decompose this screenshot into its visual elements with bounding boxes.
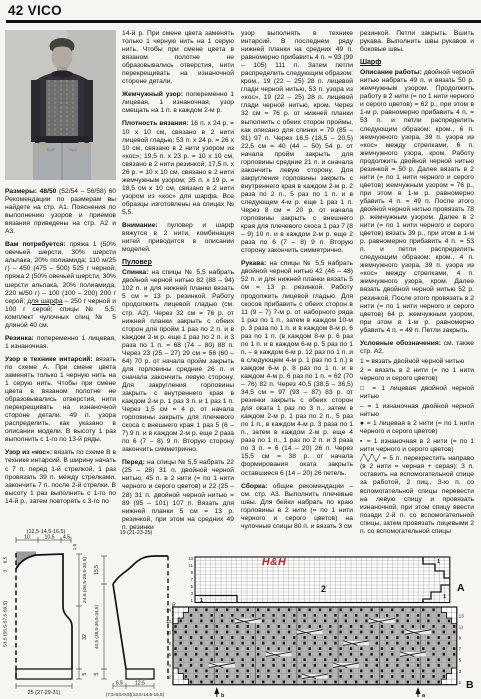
svg-text:7: 7 <box>459 647 462 652</box>
column-2: 14-й р. При смене цвета заменять только … <box>122 30 234 533</box>
model-photo-art <box>5 30 116 180</box>
paragraph-lead: Плотность вязания: <box>122 120 189 127</box>
chart-b-arrow-left-label: b <box>221 693 225 699</box>
paragraph-lead: Условные обозначения: <box>360 340 441 347</box>
svg-text:7: 7 <box>191 577 194 582</box>
svg-text:2: 2 <box>169 674 172 679</box>
chart-b: 1412108642131197531 b a В <box>161 604 481 699</box>
paragraph-text: резинкой. Петли закрыть. Вшить рукава. В… <box>360 30 474 53</box>
chart-a-zone2-label: 2 <box>321 584 326 594</box>
paragraph-text: (52/54 – 56/58) 60 Рекомендации по разме… <box>5 188 116 235</box>
svg-text:14: 14 <box>166 608 171 613</box>
body-shoulder-width-label: 10,5 <box>44 535 54 541</box>
paragraph: Вам потребуется: пряжа 1 (50% овечьей ше… <box>5 241 116 330</box>
sleeve-cuff-half-label: 6,5 <box>116 681 123 687</box>
paragraph: Перед: на спицы № 5,5 набрать 22 (25 – 2… <box>122 459 234 531</box>
chart-a-zone1-bl-label: 1 <box>200 598 203 604</box>
paragraph-lead: Описание работы: <box>360 69 422 76</box>
body-neck-depth-label: 6,5 <box>3 556 9 563</box>
body-top-right-label: 1,5 <box>72 543 78 550</box>
chart-b-grid: 1412108642131197531 <box>166 607 464 685</box>
svg-text:5: 5 <box>459 658 462 663</box>
sleeve-bottom-sizes-label: (7,5-8,5-9,5)(13,5-14,5-15,5) <box>106 692 165 697</box>
chart-a-title-label: А <box>457 582 465 594</box>
paragraph-lead: Узор в технике интарсий: <box>5 356 93 363</box>
legend-item: 1 = вязать двойной черной нитью <box>360 358 474 366</box>
chart-a: 131197531 1 1 1 2 А <box>183 555 473 607</box>
paragraph-lead: Резинка: <box>5 335 34 342</box>
model-photo <box>5 30 116 180</box>
svg-text:3: 3 <box>459 669 462 674</box>
sleeve-cap-height-label: 15,5 <box>94 565 100 575</box>
sleeve-slope-height-label: 40,5 (38,5-36,5-34,5) <box>94 605 99 649</box>
chart-b-arrow-right-label: a <box>422 693 426 699</box>
paragraph-text: на спицы № 5,5 набрать 22 (25 – 28) 31 п… <box>122 459 234 530</box>
paragraph-lead: Рукава: <box>241 260 266 267</box>
paragraph-lead: Жемчужный узор: <box>122 91 183 98</box>
paragraph: Сборка: общие рекомендации – см. стр. А3… <box>241 483 353 531</box>
paragraph: Описание работы: двойной черной нитью на… <box>360 69 474 335</box>
paragraph: Жемчужный узор: попеременно 1 лицевая, 1… <box>122 91 234 115</box>
paragraph-text: двойной черной нитью набрать 49 п. и вяз… <box>360 69 474 334</box>
paragraph-lead: Сборка: <box>241 483 267 490</box>
column-4: резинкой. Петли закрыть. Вшить рукава. В… <box>360 30 474 554</box>
page-title: 42 VICO <box>8 3 62 18</box>
paragraph-lead: Внимание: <box>122 222 158 229</box>
paragraph-text: 16 п. x 24 р. = 10 x 10 см, связано в 2 … <box>122 120 234 216</box>
chart-b-title-label: В <box>466 679 474 691</box>
legend-item: – = 1 изнаночная двойной черной нитью <box>360 403 474 419</box>
paragraph-lead: Вам потребуется: <box>5 241 66 248</box>
paragraph-lead: Узор из «кос»: <box>5 449 52 456</box>
legend-item: ▪ = 1 изнаночная в 2 нити (= по 1 нити ч… <box>360 438 474 454</box>
paragraph: Резинка: попеременно 1 лицевая, 1 изнано… <box>5 335 116 351</box>
svg-text:5: 5 <box>191 584 194 589</box>
hh-logo: H&H <box>262 556 286 568</box>
column-1: Размеры: 48/50 (52/54 – 56/58) 60 Рекоме… <box>5 30 116 530</box>
body-shoulder-drop-label: 3 <box>3 569 9 572</box>
svg-text:10: 10 <box>166 630 171 635</box>
paragraph: Узор в технике интарсий: вязать по схеме… <box>5 356 116 445</box>
chart-a-grid: 131197531 <box>188 556 449 603</box>
paragraph-lead: Спинка: <box>122 269 148 276</box>
paragraph-text: вязать по схеме В в технике интарсий. В … <box>5 449 116 504</box>
legend-item: ╱╲╱╲╱ = 5 п. перекрестить направо (в 2 н… <box>360 455 474 535</box>
paragraph-text: узор выполнять в технике интарсий. В пос… <box>241 30 353 254</box>
sleeve-cuff-width-label: 12,5 <box>135 681 145 687</box>
body-armhole-height-label: 24,5 (26,5-28,5-30,5) <box>82 557 88 603</box>
paragraph: узор выполнять в технике интарсий. В пос… <box>241 30 353 255</box>
paragraph-text: вязать по схеме А. При смене цвета замен… <box>5 356 116 443</box>
svg-text:8: 8 <box>169 641 172 646</box>
chart-a-zone1-br-label: 1 <box>443 594 446 600</box>
paragraph-text: 14-й р. При смене цвета заменять только … <box>122 30 234 85</box>
body-bottom-width-label: 25 (27-29-31) <box>28 690 61 696</box>
section-heading-pullover: Пуловер <box>122 259 234 267</box>
body-side-height-label: 32 <box>82 634 88 640</box>
svg-text:12: 12 <box>166 619 171 624</box>
paragraph: Спинка: на спицы № 5,5 набрать двойной ч… <box>122 269 234 454</box>
paragraph: 14-й р. При смене цвета заменять только … <box>122 30 234 86</box>
paragraph: Плотность вязания: 16 п. x 24 р. = 10 x … <box>122 120 234 217</box>
magazine-page: 42 VICO Р <box>0 0 481 699</box>
svg-text:6: 6 <box>169 652 172 657</box>
legend-item: ● = 1 лицевая в 2 нити (= по 1 нити черн… <box>360 420 474 436</box>
paragraph-lead: Перед: <box>122 459 145 466</box>
paragraph-text: на спицы № 5,5 набрать двойной черной ни… <box>122 269 234 453</box>
legend-item: 2 = вязать в 2 нити (= по 1 нити черного… <box>360 367 474 383</box>
paragraph: Размеры: 48/50 (52/54 – 56/58) 60 Рекоме… <box>5 188 116 236</box>
paragraph: Узор из «кос»: вязать по схеме В в техни… <box>5 449 116 505</box>
schematic-body: (12,5-14,5-16,5) 10 10,5 4,5 6,5 3 53,5 … <box>2 527 94 699</box>
svg-text:9: 9 <box>459 635 462 640</box>
svg-text:13: 13 <box>188 556 193 561</box>
body-armhole-width-label: 4,5 <box>63 535 70 541</box>
paragraph-text: общие рекомендации – см. стр. А3. Выполн… <box>241 483 353 530</box>
chart-a-zone1-tr-label: 1 <box>437 559 440 565</box>
svg-text:4: 4 <box>169 663 172 668</box>
paragraph: Рукава: на спицы № 5,5 набрать двойной ч… <box>241 260 353 477</box>
paragraph: резинкой. Петли закрыть. Вшить рукава. В… <box>360 30 474 54</box>
paragraph-text: пряжа 1 (50% овечьей шерсти, 30% шерсти … <box>5 241 116 304</box>
body-length-label: 53,5 (55,5-57,5-59,5) <box>3 601 9 647</box>
body-neck-width-label: 10 <box>24 535 30 541</box>
svg-text:1: 1 <box>191 598 194 603</box>
paragraph: Внимание: пуловер и шарф вяжутся в 2 нит… <box>122 222 234 254</box>
svg-text:13: 13 <box>459 613 464 618</box>
svg-text:1: 1 <box>459 680 462 685</box>
section-heading-scarf: Шарф <box>360 59 474 67</box>
svg-text:11: 11 <box>459 624 464 629</box>
paragraph-lead: Размеры: 48/50 <box>5 188 56 195</box>
underlined-text: для шарфа <box>27 298 63 305</box>
sleeve-band-height-label: 5 <box>94 672 100 675</box>
body-band-height-label: 5 <box>82 672 88 675</box>
paragraph: Условные обозначения: см. также стр. А2. <box>360 340 474 356</box>
svg-text:3: 3 <box>191 591 194 596</box>
sleeve-top-width-label: 19 (21-23-25) <box>120 530 153 536</box>
body-neck-fill <box>16 552 36 570</box>
svg-text:9: 9 <box>191 570 194 575</box>
svg-text:11: 11 <box>189 563 194 568</box>
paragraph-text: на спицы № 5,5 набрать двойной черной ни… <box>241 260 353 476</box>
legend-item: □ = 1 лицевая двойной черной нитью <box>360 385 474 401</box>
column-3: узор выполнять в технике интарсий. В пос… <box>241 30 353 554</box>
header-rule <box>6 20 481 23</box>
